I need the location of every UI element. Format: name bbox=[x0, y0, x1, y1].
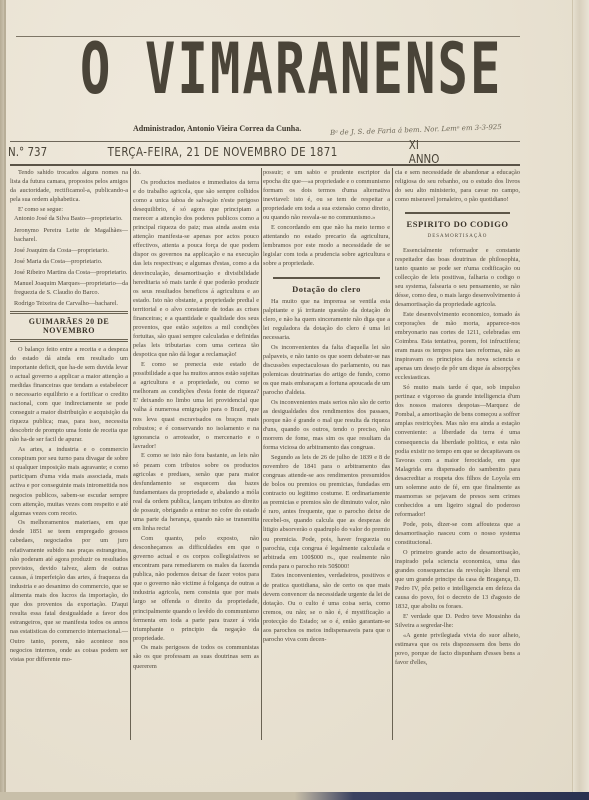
ornamental-rule bbox=[405, 212, 510, 214]
paragraph: Os mais perigosos de todos os communista… bbox=[133, 643, 259, 670]
paragraph: Estes inconvenientes, verdadeiros, posit… bbox=[263, 571, 390, 644]
candidate-entry: José Ribeiro Martins da Costa—proprietar… bbox=[10, 268, 128, 277]
paragraph: E como se isto não fora bastante, as lei… bbox=[133, 451, 259, 533]
newspaper-title: O VIMARANENSE bbox=[80, 30, 354, 108]
paragraph: Essencialmente reformador e constante re… bbox=[395, 246, 520, 310]
candidate-entry: Rodrigo Teixeira de Carvalho—bacharel. bbox=[10, 299, 128, 308]
paragraph: As artes, a industria e o commercio cons… bbox=[10, 445, 128, 518]
paragraph: Os inconvenientes da falta d'aquella lei… bbox=[263, 343, 390, 398]
ornamental-rule bbox=[273, 277, 380, 279]
paragraph: Pode, pois, dizer-se com affouteza que a… bbox=[395, 520, 520, 547]
candidate-entry: Jeronymo Pereira Leite de Magalhães—bach… bbox=[10, 226, 128, 244]
column-1: Tendo sahido trocados alguns nomes na li… bbox=[10, 168, 128, 733]
paragraph: Segundo as leis de 26 de julho de 1839 e… bbox=[263, 453, 390, 571]
paragraph: E' verdade que D. Pedro teve Mousinho da… bbox=[395, 612, 520, 630]
paragraph: Com quanto, pelo exposto, não desconheça… bbox=[133, 534, 259, 643]
paragraph: E como se prenecia este estado de possib… bbox=[133, 360, 259, 451]
paragraph: cia e sem necessidade de abandonar a edu… bbox=[395, 168, 520, 204]
issue-date: TERÇA-FEIRA, 21 DE NOVEMBRO DE 1871 bbox=[85, 145, 365, 159]
section-heading-guimaraes: GUIMARÃES 20 DE NOVEMBRO bbox=[10, 317, 128, 335]
candidate-entry: José Joaquim da Costa—proprietario. bbox=[10, 246, 128, 255]
candidate-entry: Antonio José da Silva Basto—proprietario… bbox=[10, 214, 128, 223]
section-heading-espirito-codigo: ESPIRITO DO CODIGO bbox=[395, 220, 520, 229]
column-divider bbox=[392, 168, 393, 740]
paragraph: Só muito mais tarde é que, sob impulso p… bbox=[395, 383, 520, 519]
candidate-entry: Manuel Joaquim Marques—proprietario—da f… bbox=[10, 279, 128, 297]
list-lead: E' como se segue: bbox=[10, 205, 128, 214]
page-edge bbox=[572, 0, 589, 800]
paragraph: E concordando em que não ha meio termo e… bbox=[263, 223, 390, 268]
column-3: possuir; e um sabio e prudente escriptor… bbox=[263, 168, 390, 733]
paragraph: Os melhoramentos materiaes, em que desde… bbox=[10, 518, 128, 664]
administrator-line: Administrador, Antonio Vieira Correa da … bbox=[133, 124, 301, 133]
paragraph: Este desenvolvimento economico, tomado á… bbox=[395, 310, 520, 383]
quotation: «A gente privilegiada vivia do suor alhe… bbox=[395, 631, 520, 667]
column-divider bbox=[130, 168, 131, 740]
issue-number: N.° 737 bbox=[8, 145, 85, 159]
section-rule bbox=[10, 311, 128, 314]
section-rule bbox=[10, 339, 128, 342]
candidate-entry: José Maria da Costa—proprietario. bbox=[10, 257, 128, 266]
column-divider bbox=[261, 168, 262, 740]
paragraph: Ha muito que na imprensa se ventila esta… bbox=[263, 297, 390, 342]
article-intro: Tendo sahido trocados alguns nomes na li… bbox=[10, 168, 128, 204]
paragraph: Os inconvenientes mais serios não são de… bbox=[263, 398, 390, 453]
scan-bottom-edge bbox=[0, 792, 589, 800]
column-2: do. Os productos mediatos e immediatos d… bbox=[133, 168, 259, 733]
section-heading-dotacao-clero: Dotação do clero bbox=[263, 285, 390, 294]
paragraph: possuir; e um sabio e prudente escriptor… bbox=[263, 168, 390, 223]
dateline: N.° 737 TERÇA-FEIRA, 21 DE NOVEMBRO DE 1… bbox=[8, 141, 448, 163]
section-subheading-desamortisacao: DESAMORTISAÇÃO bbox=[395, 232, 520, 241]
paragraph: Os productos mediatos e immediatos da te… bbox=[133, 178, 259, 360]
volume-year: XI ANNO bbox=[409, 138, 449, 166]
paragraph: do. bbox=[133, 168, 259, 177]
column-4: cia e sem necessidade de abandonar a edu… bbox=[395, 168, 520, 733]
dateline-rule bbox=[10, 164, 520, 166]
paragraph: O balanço feito entre a receita e a desp… bbox=[10, 345, 128, 445]
paragraph: O primeiro grande acto de desamortisação… bbox=[395, 548, 520, 612]
